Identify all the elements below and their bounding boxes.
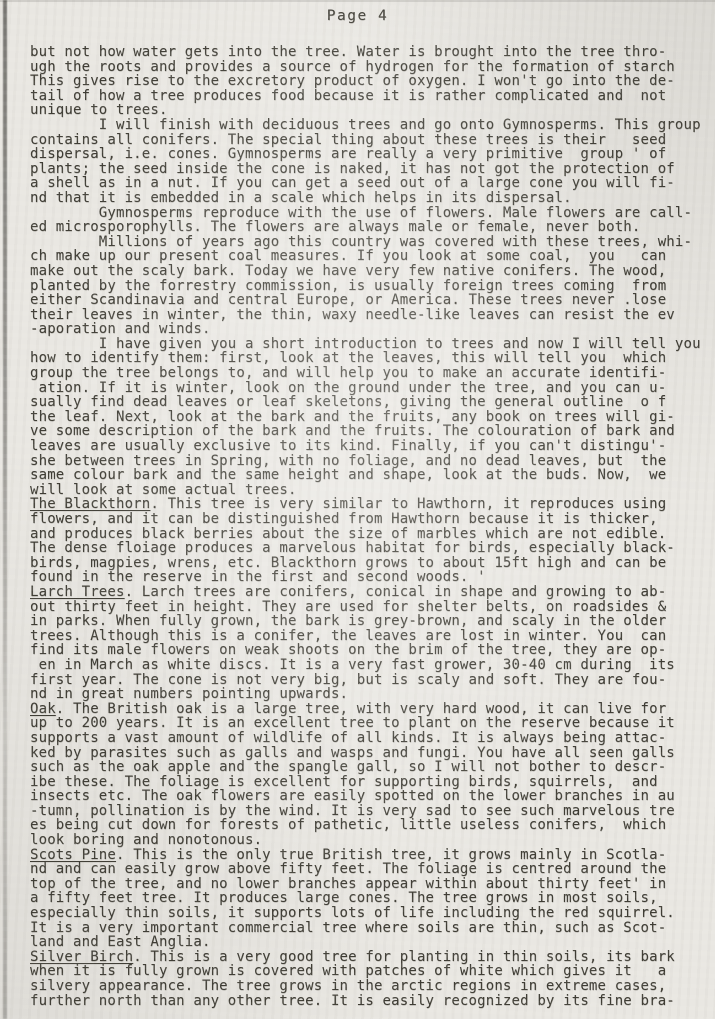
section-oak: Oak. The British oak is a large tree, wi…: [30, 702, 710, 848]
section-heading: Scots Pine: [30, 847, 116, 863]
paragraph-identification: I have given you a short introduction to…: [30, 337, 710, 498]
section-silver-birch: Silver Birch. This is a very good tree f…: [30, 950, 710, 1008]
section-larch: Larch Trees. Larch trees are conifers, c…: [30, 585, 710, 702]
scan-edge-artifact: [3, 0, 7, 1019]
scan-top-edge: [0, 0, 715, 2]
paragraph-reproduction: Gymnosperms reproduce with the use of fl…: [30, 206, 710, 235]
section-heading: Larch Trees: [30, 584, 125, 600]
document-body: but not how water gets into the tree. Wa…: [30, 45, 710, 1008]
section-scots-pine: Scots Pine. This is the only true Britis…: [30, 848, 710, 950]
section-heading: Oak: [30, 701, 56, 717]
paragraph-water-intro: but not how water gets into the tree. Wa…: [30, 45, 710, 118]
paragraph-gymnosperms: I will finish with deciduous trees and g…: [30, 118, 710, 206]
section-blackthorn: The Blackthorn. This tree is very simila…: [30, 497, 710, 585]
page-title: Page 4: [0, 8, 715, 24]
section-heading: Silver Birch: [30, 949, 133, 965]
section-heading: The Blackthorn: [30, 496, 150, 512]
paragraph-coal-measures: Millions of years ago this country was c…: [30, 235, 710, 337]
